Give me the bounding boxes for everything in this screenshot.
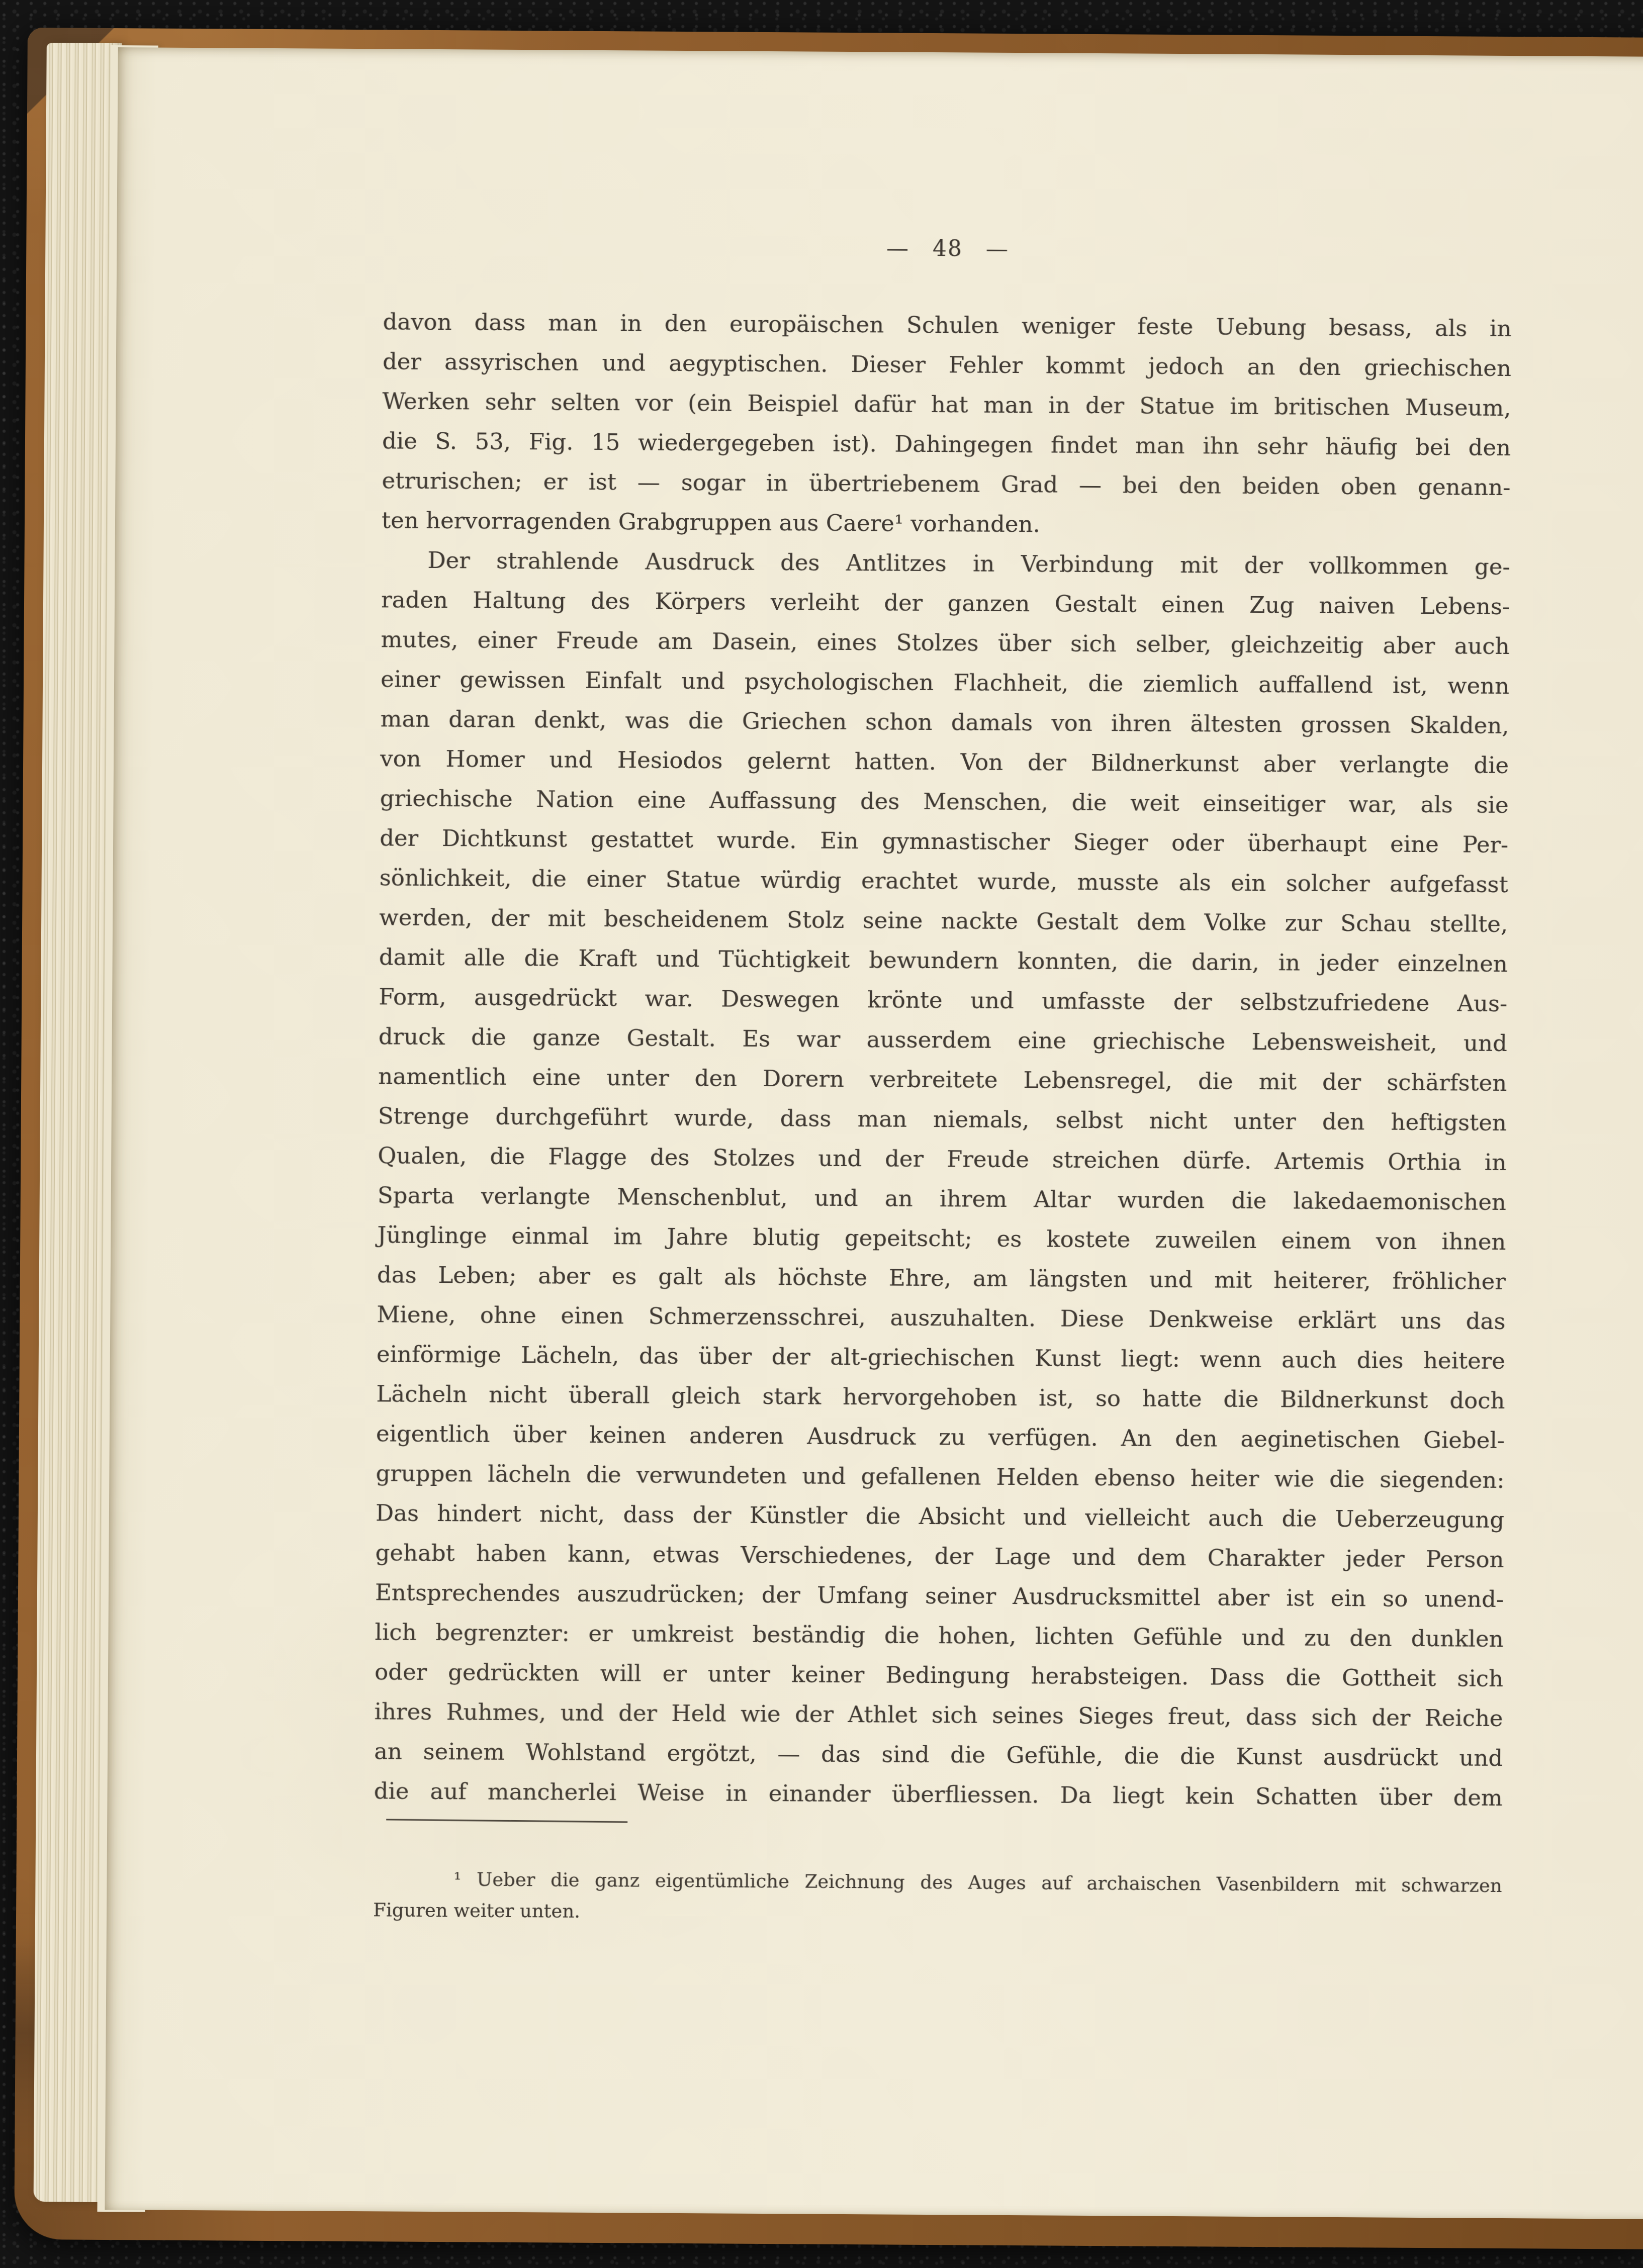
text-line: sönlichkeit, die einer Statue würdig era… (379, 858, 1508, 904)
text-line: druck die ganze Gestalt. Es war ausserde… (379, 1016, 1507, 1063)
text-line: werden, der mit bescheidenem Stolz seine… (379, 897, 1508, 944)
text-line: Qualen, die Flagge des Stolzes und der F… (378, 1136, 1506, 1182)
text-line: von Homer und Hesiodos gelernt hatten. V… (380, 738, 1509, 785)
text-line: Sparta verlangte Menschenblut, und an ih… (378, 1175, 1506, 1222)
text-line: raden Haltung des Körpers verleiht der g… (381, 580, 1510, 626)
text-line: das Leben; aber es galt als höchste Ehre… (377, 1255, 1506, 1301)
text-line: der Dichtkunst gestattet wurde. Ein gymn… (380, 818, 1508, 865)
text-line: Der strahlende Ausdruck des Antlitzes in… (381, 540, 1510, 587)
text-line: gruppen lächeln die verwundeten und gefa… (376, 1453, 1504, 1500)
text-line: Jünglinge einmal im Jahre blutig gepeits… (377, 1215, 1506, 1262)
book: — 48 — davon dass man in den europäische… (14, 28, 1643, 2249)
page: — 48 — davon dass man in den europäische… (105, 47, 1643, 2219)
text-line: Werken sehr selten vor (ein Beispiel daf… (382, 381, 1511, 428)
text-line: Das hindert nicht, dass der Künstler die… (376, 1493, 1504, 1540)
text-line: eigentlich über keinen anderen Ausdruck … (376, 1413, 1505, 1460)
text-column: — 48 — davon dass man in den europäische… (371, 49, 1513, 2218)
text-line: Lächeln nicht überall gleich stark hervo… (376, 1374, 1505, 1421)
text-line: Strenge durchgeführt wurde, dass man nie… (378, 1096, 1507, 1143)
text-line: Form, ausgedrückt war. Deswegen krönte u… (379, 977, 1507, 1023)
body-text: davon dass man in den europäischen Schul… (374, 302, 1511, 1818)
text-line: der assyrischen und aegyptischen. Dieser… (383, 341, 1511, 388)
text-line: Entsprechendes auszudrücken; der Umfang … (375, 1572, 1504, 1619)
text-line: ten hervorragenden Grabgruppen aus Caere… (382, 500, 1510, 547)
text-line: mutes, einer Freude am Dasein, eines Sto… (381, 619, 1509, 666)
footnote-rule (386, 1819, 627, 1823)
text-line: Miene, ohne einen Schmerzensschrei, ausz… (377, 1294, 1505, 1341)
page-number: — 48 — (383, 232, 1512, 265)
text-line: lich begrenzter: er umkreist beständig d… (375, 1612, 1503, 1659)
text-line: etrurischen; er ist — sogar in übertrieb… (382, 460, 1510, 507)
text-line: griechische Nation eine Auffassung des M… (380, 778, 1508, 825)
text-line: damit alle die Kraft und Tüchtigkeit bew… (379, 937, 1507, 984)
text-line: davon dass man in den europäischen Schul… (383, 302, 1511, 348)
text-line: an seinem Wohlstand ergötzt, — das sind … (374, 1731, 1503, 1778)
text-line: gehabt haben kann, etwas Verschiedenes, … (375, 1533, 1504, 1579)
text-line: einförmige Lächeln, das über der alt-gri… (377, 1334, 1505, 1381)
text-line: man daran denkt, was die Griechen schon … (380, 699, 1509, 745)
scanned-book-photo: { "colors": { "desk_background": "#14141… (0, 0, 1643, 2268)
text-line: einer gewissen Einfalt und psychologisch… (381, 659, 1509, 706)
text-line: namentlich eine unter den Dorern verbrei… (378, 1056, 1507, 1103)
text-line: die S. 53, Fig. 15 wiedergegeben ist). D… (382, 421, 1511, 467)
footnote: ¹ Ueber die ganz eigentümliche Zeichnung… (373, 1863, 1502, 1933)
text-line: die auf mancherlei Weise in einander übe… (374, 1771, 1502, 1818)
text-line: oder gedrückten will er unter keiner Bed… (375, 1652, 1503, 1698)
text-line: ihres Ruhmes, und der Held wie der Athle… (374, 1691, 1503, 1738)
